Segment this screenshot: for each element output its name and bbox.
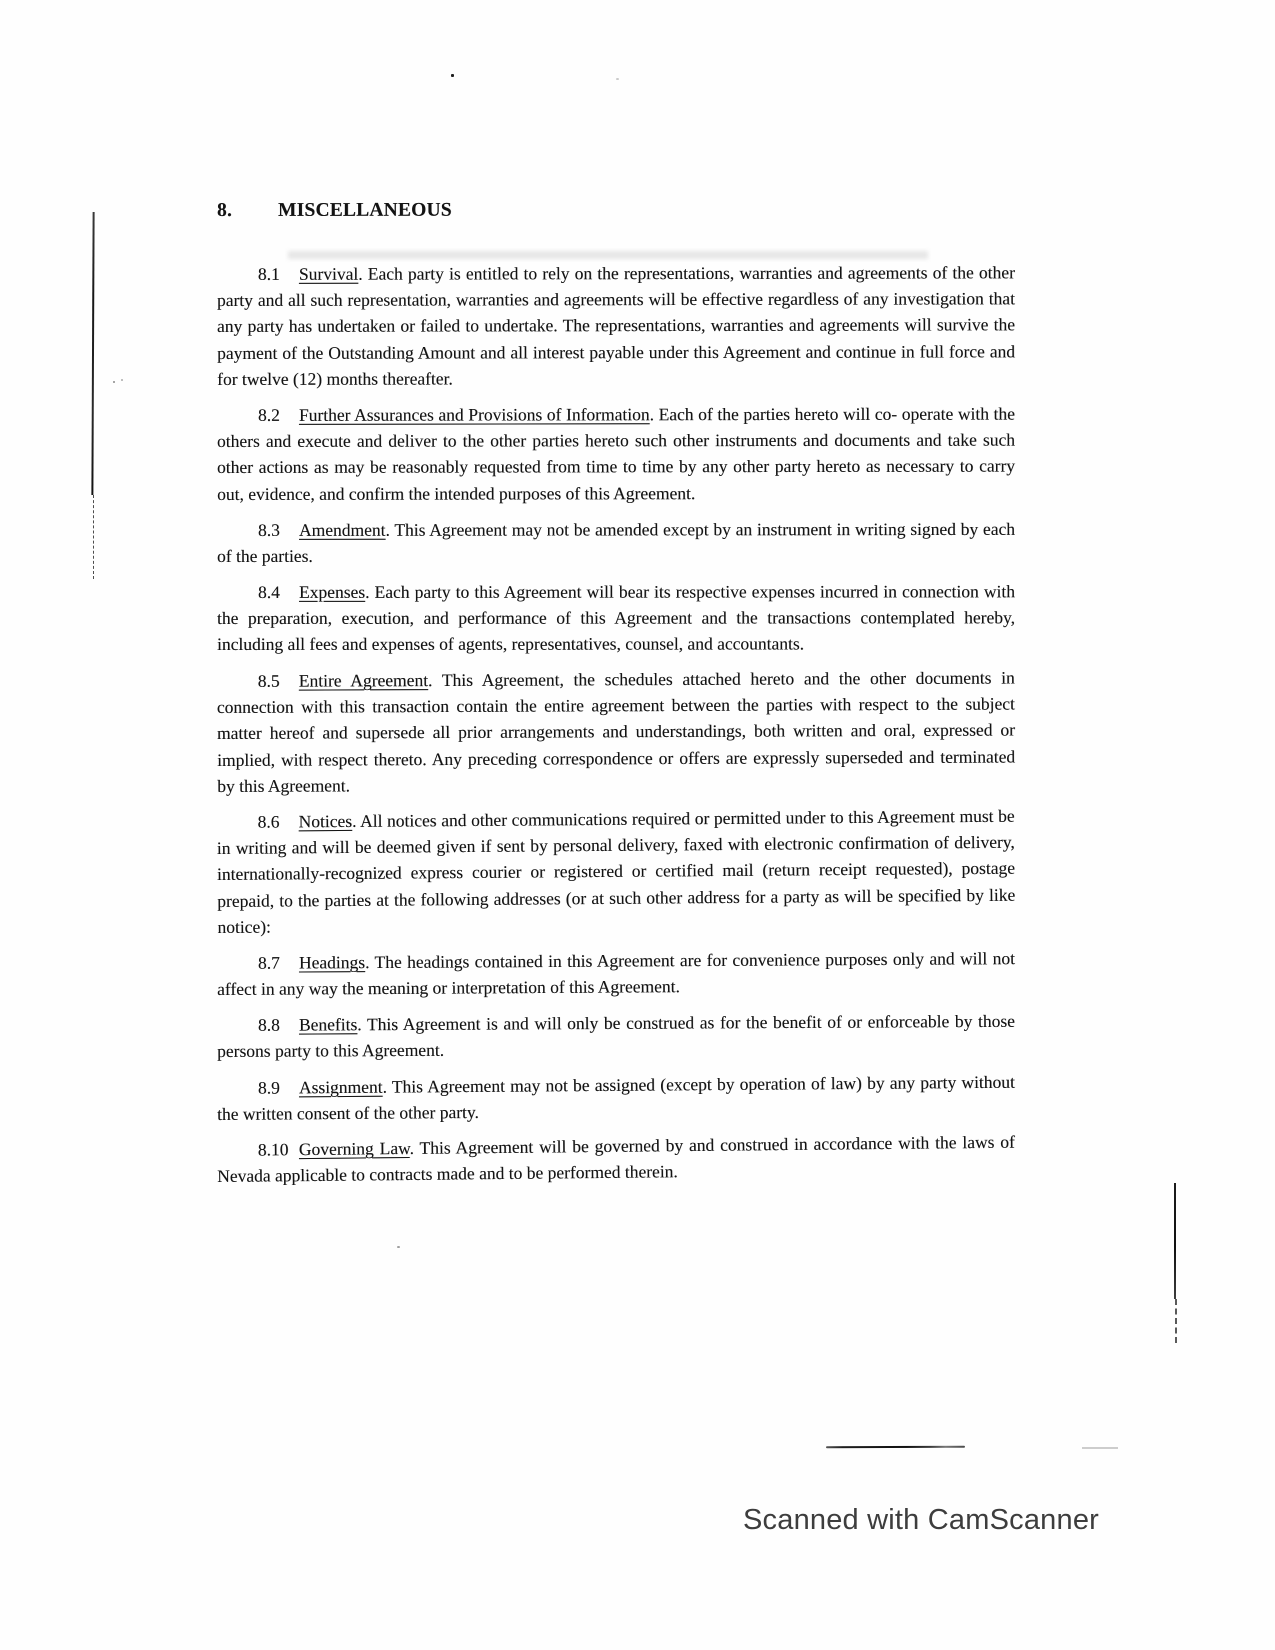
clause-number: 8.7	[258, 949, 299, 975]
scan-artifact-right-line	[1174, 1183, 1176, 1299]
scan-artifact-left-line	[91, 212, 94, 495]
clause-heading: Headings	[299, 952, 365, 972]
clause-8-10: 8.10Governing Law. This Agreement will b…	[217, 1129, 1016, 1190]
camscanner-credit: Scanned with CamScanner	[743, 1503, 1099, 1537]
clause-8-1: 8.1Survival. Each party is entitled to r…	[217, 259, 1015, 392]
clause-number: 8.6	[257, 808, 298, 835]
scan-speck	[616, 78, 619, 80]
scan-artifact-left-line-dashed	[93, 495, 94, 579]
clause-heading: Assignment	[299, 1076, 383, 1097]
clause-8-7: 8.7Headings. The headings contained in t…	[217, 945, 1015, 1002]
signature-dash-line	[826, 1446, 965, 1449]
scan-speck	[451, 74, 454, 77]
clause-number: 8.4	[258, 579, 299, 605]
clause-heading: Expenses	[299, 582, 365, 602]
clause-8-9: 8.9Assignment. This Agreement may not be…	[217, 1068, 1015, 1127]
section-header: 8.MISCELLANEOUS	[217, 198, 1015, 223]
signature-dash-line-faint	[1082, 1447, 1118, 1449]
clause-number: 8.1	[258, 261, 299, 287]
document-body: 8.MISCELLANEOUS 8.1Survival. Each party …	[217, 199, 1015, 1200]
clause-8-8: 8.8Benefits. This Agreement is and will …	[217, 1008, 1015, 1065]
clause-heading: Notices	[299, 811, 353, 831]
scan-speck	[397, 1246, 400, 1248]
scanned-page: 8.MISCELLANEOUS 8.1Survival. Each party …	[0, 0, 1275, 1650]
clause-heading: Further Assurances and Provisions of Inf…	[299, 404, 650, 425]
clause-number: 8.3	[258, 517, 299, 543]
clause-number: 8.9	[258, 1074, 299, 1101]
scan-artifact-right-line-dashed	[1175, 1299, 1177, 1343]
clause-heading: Benefits	[299, 1015, 357, 1035]
scan-speck	[113, 381, 115, 383]
scan-speck	[121, 379, 123, 381]
clause-8-4: 8.4Expenses. Each party to this Agreemen…	[217, 579, 1015, 658]
clause-number: 8.8	[258, 1012, 299, 1038]
clause-heading: Governing Law	[299, 1138, 410, 1159]
clause-number: 8.2	[258, 402, 299, 428]
clause-heading: Entire Agreement	[299, 670, 428, 691]
section-title: MISCELLANEOUS	[278, 200, 452, 221]
clause-8-2: 8.2Further Assurances and Provisions of …	[217, 401, 1015, 507]
clause-number: 8.10	[258, 1136, 299, 1163]
clause-8-3: 8.3Amendment. This Agreement may not be …	[217, 516, 1015, 570]
clause-number: 8.5	[258, 667, 299, 693]
clause-8-6: 8.6Notices. All notices and other commun…	[216, 803, 1015, 940]
clause-heading: Survival	[299, 264, 358, 284]
section-number: 8.	[217, 199, 278, 223]
clause-heading: Amendment	[299, 520, 386, 540]
clause-8-5: 8.5Entire Agreement. This Agreement, the…	[217, 664, 1016, 798]
